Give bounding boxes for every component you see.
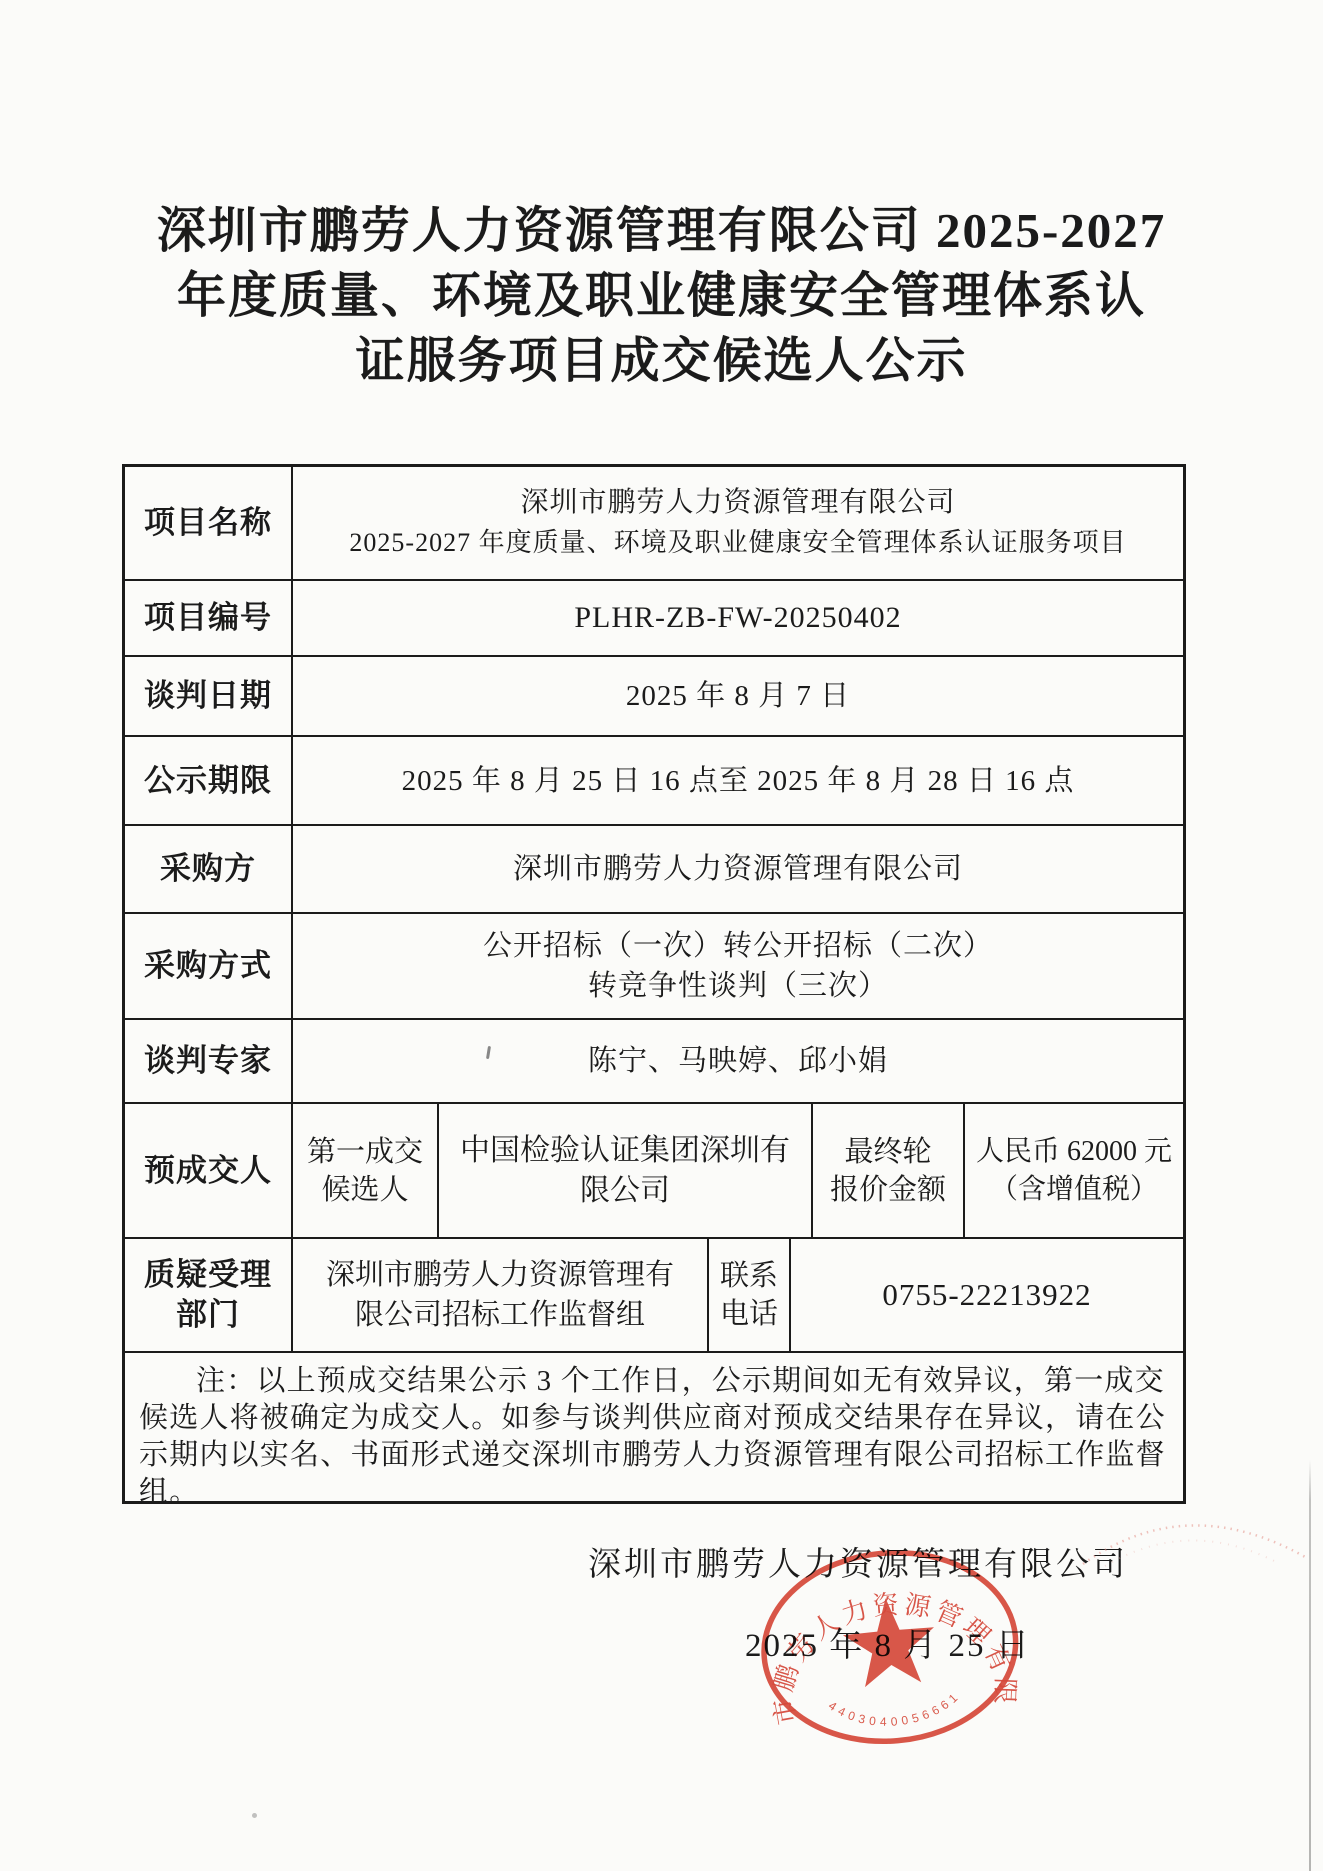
table-row-publicity-period: 公示期限 2025 年 8 月 25 日 16 点至 2025 年 8 月 28…: [125, 737, 1183, 826]
value-experts: 陈宁、马映婷、邱小娟: [293, 1020, 1183, 1102]
final-quote-amount-cell: 人民币 62000 元 （含增值税）: [965, 1104, 1183, 1237]
title-line: 证服务项目成交候选人公示: [0, 328, 1323, 393]
label-negotiation-date: 谈判日期: [125, 657, 293, 735]
winner-company-cell: 中国检验认证集团深圳有 限公司: [439, 1104, 813, 1237]
title-line: 深圳市鹏劳人力资源管理有限公司 2025-2027: [0, 198, 1323, 263]
label-purchaser: 采购方: [125, 826, 293, 912]
winner-rank-line: 第一成交: [307, 1133, 423, 1171]
note-line: 注：以上预成交结果公示 3 个工作日，公示期间如无有效异议，第一成交: [139, 1363, 1169, 1400]
table-row-objection-dept: 质疑受理 部门 深圳市鹏劳人力资源管理有 限公司招标工作监督组 联系 电话 07…: [125, 1239, 1183, 1353]
final-quote-label-cell: 最终轮 报价金额: [813, 1104, 965, 1237]
label-procurement-method: 采购方式: [125, 914, 293, 1018]
label-winner: 预成交人: [125, 1104, 293, 1237]
label-project-name: 项目名称: [125, 467, 293, 579]
scan-speck: [252, 1813, 257, 1818]
faint-stamp-artifact: [1075, 1486, 1315, 1581]
page-title: 深圳市鹏劳人力资源管理有限公司 2025-2027 年度质量、环境及职业健康安全…: [0, 198, 1323, 393]
label-project-number: 项目编号: [125, 581, 293, 655]
note-cell: 注：以上预成交结果公示 3 个工作日，公示期间如无有效异议，第一成交 候选人将被…: [125, 1353, 1183, 1501]
objection-label-line: 质疑受理: [144, 1255, 272, 1295]
table-row-project-name: 项目名称 深圳市鹏劳人力资源管理有限公司 2025-2027 年度质量、环境及职…: [125, 467, 1183, 581]
contact-phone-label-cell: 联系 电话: [709, 1239, 791, 1351]
value-publicity-period: 2025 年 8 月 25 日 16 点至 2025 年 8 月 28 日 16…: [293, 737, 1183, 824]
procurement-method-line: 公开招标（一次）转公开招标（二次）: [483, 926, 993, 966]
label-publicity-period: 公示期限: [125, 737, 293, 824]
note-line: 组。: [139, 1474, 1169, 1501]
winner-company-line: 中国检验认证集团深圳有: [460, 1131, 790, 1171]
label-experts: 谈判专家: [125, 1020, 293, 1102]
table-row-procurement-method: 采购方式 公开招标（一次）转公开招标（二次） 转竞争性谈判（三次）: [125, 914, 1183, 1020]
project-name-line: 深圳市鹏劳人力资源管理有限公司: [520, 483, 955, 523]
announcement-table: 项目名称 深圳市鹏劳人力资源管理有限公司 2025-2027 年度质量、环境及职…: [122, 464, 1186, 1504]
value-negotiation-date: 2025 年 8 月 7 日: [293, 657, 1183, 735]
final-quote-amount-line: 人民币 62000 元: [976, 1133, 1172, 1171]
winner-rank-line: 候选人: [321, 1171, 408, 1209]
winner-company-line: 限公司: [580, 1171, 670, 1211]
table-row-note: 注：以上预成交结果公示 3 个工作日，公示期间如无有效异议，第一成交 候选人将被…: [125, 1353, 1183, 1501]
value-procurement-method: 公开招标（一次）转公开招标（二次） 转竞争性谈判（三次）: [293, 914, 1183, 1018]
final-quote-amount-line: （含增值税）: [990, 1171, 1158, 1209]
title-line: 年度质量、环境及职业健康安全管理体系认: [0, 263, 1323, 328]
contact-phone-label-line: 电话: [720, 1295, 778, 1333]
scanned-announcement-page: 深圳市鹏劳人力资源管理有限公司 2025-2027 年度质量、环境及职业健康安全…: [0, 0, 1323, 1871]
contact-phone-label-line: 联系: [720, 1257, 778, 1295]
final-quote-label-line: 最终轮: [844, 1133, 931, 1171]
value-purchaser: 深圳市鹏劳人力资源管理有限公司: [293, 826, 1183, 912]
scan-edge-line: [1309, 1460, 1311, 1871]
value-project-name: 深圳市鹏劳人力资源管理有限公司 2025-2027 年度质量、环境及职业健康安全…: [293, 467, 1183, 579]
table-row-winner: 预成交人 第一成交 候选人 中国检验认证集团深圳有 限公司 最终轮 报价金额 人…: [125, 1104, 1183, 1239]
final-quote-label-line: 报价金额: [830, 1171, 946, 1209]
note-line: 示期内以实名、书面形式递交深圳市鹏劳人力资源管理有限公司招标工作监督: [139, 1437, 1169, 1474]
table-row-experts: 谈判专家 陈宁、马映婷、邱小娟: [125, 1020, 1183, 1104]
objection-dept-cell: 深圳市鹏劳人力资源管理有 限公司招标工作监督组: [293, 1239, 709, 1351]
table-row-purchaser: 采购方 深圳市鹏劳人力资源管理有限公司: [125, 826, 1183, 914]
winner-rank-cell: 第一成交 候选人: [293, 1104, 439, 1237]
objection-dept-line: 深圳市鹏劳人力资源管理有: [326, 1255, 674, 1295]
project-name-line: 2025-2027 年度质量、环境及职业健康安全管理体系认证服务项目: [349, 523, 1126, 563]
table-row-negotiation-date: 谈判日期 2025 年 8 月 7 日: [125, 657, 1183, 737]
objection-label-line: 部门: [176, 1295, 240, 1335]
label-objection-dept: 质疑受理 部门: [125, 1239, 293, 1351]
contact-phone-value: 0755-22213922: [791, 1239, 1183, 1351]
procurement-method-line: 转竞争性谈判（三次）: [588, 966, 888, 1006]
note-line: 候选人将被确定为成交人。如参与谈判供应商对预成交结果存在异议，请在公: [139, 1400, 1169, 1437]
table-row-project-number: 项目编号 PLHR-ZB-FW-20250402: [125, 581, 1183, 657]
company-seal: 深圳市鹏劳人力资源管理有限公司 4403040056661: [743, 1531, 1036, 1766]
objection-dept-line: 限公司招标工作监督组: [355, 1295, 645, 1335]
value-project-number: PLHR-ZB-FW-20250402: [293, 581, 1183, 655]
